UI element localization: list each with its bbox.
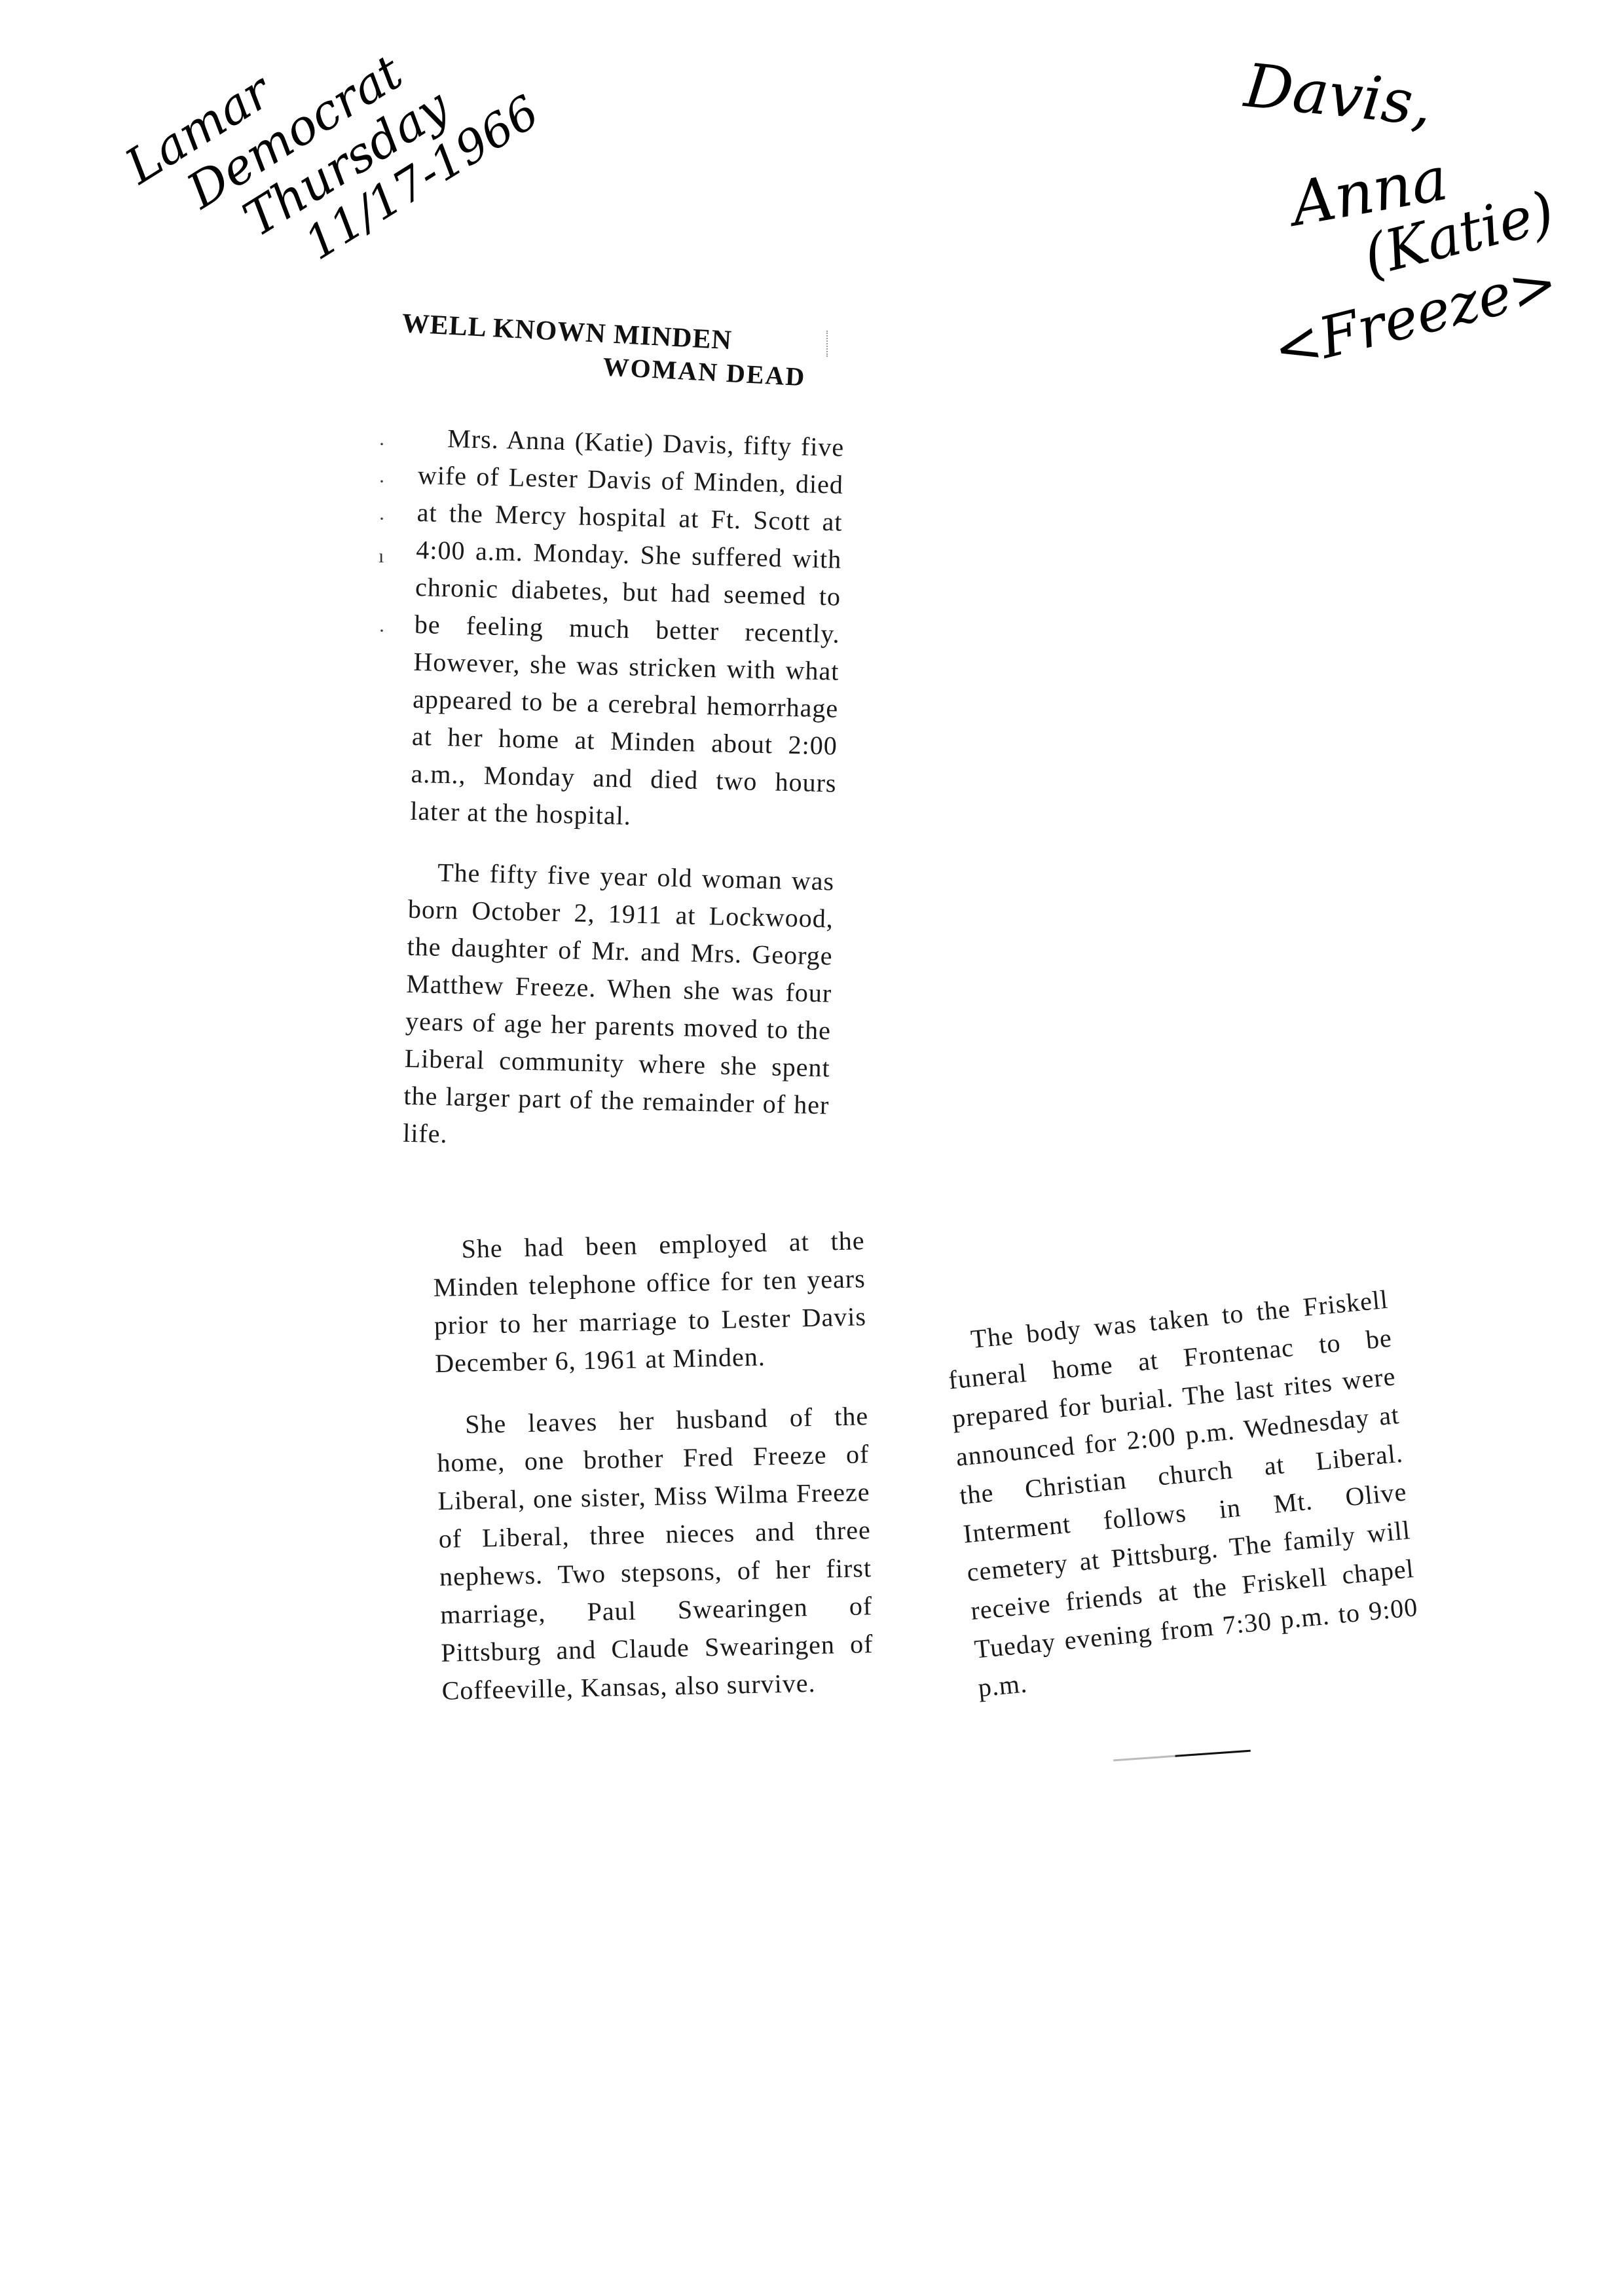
article-end-rule bbox=[1113, 1750, 1251, 1762]
paragraph-funeral-arrangements: The body was taken to the Friskell funer… bbox=[943, 1280, 1423, 1707]
clipping-column-3: The body was taken to the Friskell funer… bbox=[943, 1280, 1426, 1730]
paragraph-biography: The fifty five year old woman was born O… bbox=[403, 853, 835, 1161]
paragraph-death-notice: Mrs. Anna (Katie) Davis, fifty five wife… bbox=[410, 419, 845, 839]
obituary-headline: WELL KNOWN MINDEN WOMAN DEAD bbox=[399, 308, 808, 392]
handwritten-name-note: Davis, Anna (Katie) <Freeze> bbox=[1231, 72, 1560, 344]
name-surname: Davis, bbox=[1242, 56, 1563, 149]
margin-specks: ···ı· bbox=[378, 426, 385, 649]
clipping-edge-mark bbox=[826, 331, 829, 357]
paragraph-survivors: She leaves her husband of the home, one … bbox=[436, 1397, 875, 1710]
clipping-column-1: Mrs. Anna (Katie) Davis, fifty five wife… bbox=[402, 419, 845, 1184]
clipping-column-2: She had been employed at the Minden tele… bbox=[432, 1222, 875, 1734]
paragraph-employment: She had been employed at the Minden tele… bbox=[432, 1222, 868, 1383]
handwritten-source-note: Lamar Democrat Thursday 11/17-1966 bbox=[118, 0, 549, 331]
